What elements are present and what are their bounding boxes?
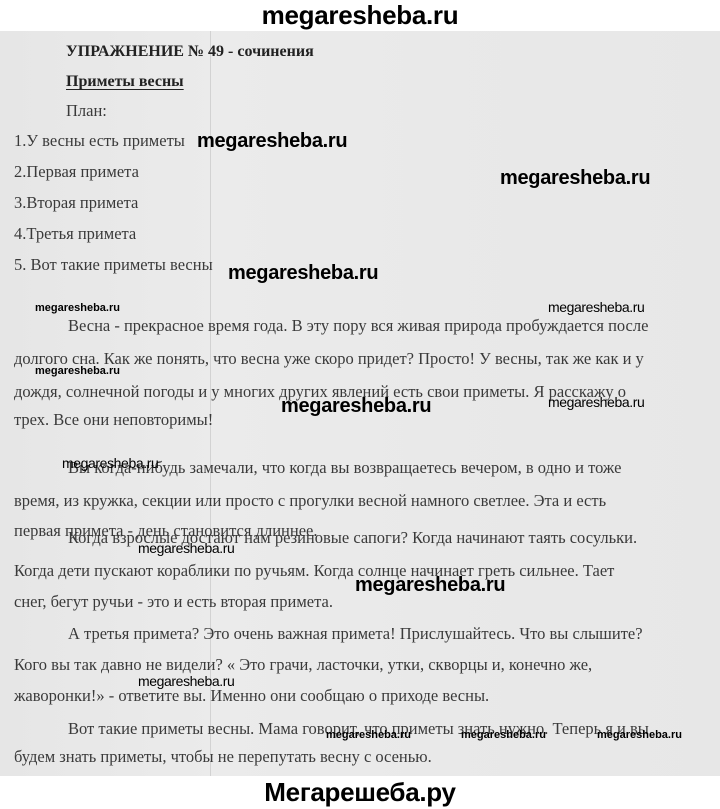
- site-header-watermark: megaresheba.ru: [0, 0, 720, 31]
- plan-item: 5. Вот такие приметы весны: [14, 255, 213, 275]
- exercise-title: УПРАЖНЕНИЕ № 49 - сочинения: [66, 43, 314, 61]
- paragraph-line: трех. Все они неповторимы!: [14, 410, 213, 430]
- paragraph-line: А третья примета? Это очень важная приме…: [68, 624, 643, 644]
- watermark: megaresheba.ru: [281, 395, 431, 418]
- plan-item: 1.У весны есть приметы: [14, 131, 185, 151]
- essay-title: Приметы весны: [66, 73, 184, 91]
- paragraph-line: Кого вы так давно не видели? « Это грачи…: [14, 655, 592, 675]
- watermark: megaresheba.ru: [138, 673, 234, 689]
- watermark: megaresheba.ru: [597, 729, 682, 741]
- paragraph-line: снег, бегут ручьи - это и есть вторая пр…: [14, 592, 333, 612]
- paragraph-line: Весна - прекрасное время года. В эту пор…: [68, 316, 648, 336]
- plan-item: 2.Первая примета: [14, 162, 139, 182]
- watermark: megaresheba.ru: [197, 130, 347, 153]
- watermark: megaresheba.ru: [35, 365, 120, 377]
- paragraph-line: время, из кружка, секции или просто с пр…: [14, 491, 606, 511]
- site-footer-watermark: Мегарешеба.ру: [0, 776, 720, 809]
- watermark: megaresheba.ru: [355, 574, 505, 597]
- watermark: megaresheba.ru: [500, 167, 650, 190]
- plan-label: План:: [66, 101, 107, 121]
- scanned-page: УПРАЖНЕНИЕ № 49 - сочинения Приметы весн…: [0, 31, 720, 776]
- paragraph-line: жаворонки!» - ответите вы. Именно они со…: [14, 686, 489, 706]
- plan-item: 3.Вторая примета: [14, 193, 138, 213]
- watermark: megaresheba.ru: [62, 455, 158, 471]
- watermark: megaresheba.ru: [35, 302, 120, 314]
- watermark: megaresheba.ru: [138, 540, 234, 556]
- watermark: megaresheba.ru: [228, 262, 378, 285]
- watermark: megaresheba.ru: [461, 729, 546, 741]
- watermark: megaresheba.ru: [326, 729, 411, 741]
- paragraph-line: Когда дети пускают кораблики по ручьям. …: [14, 561, 614, 581]
- watermark: megaresheba.ru: [548, 299, 644, 315]
- paragraph-line: будем знать приметы, чтобы не перепутать…: [14, 747, 432, 767]
- watermark: megaresheba.ru: [548, 394, 644, 410]
- plan-item: 4.Третья примета: [14, 224, 136, 244]
